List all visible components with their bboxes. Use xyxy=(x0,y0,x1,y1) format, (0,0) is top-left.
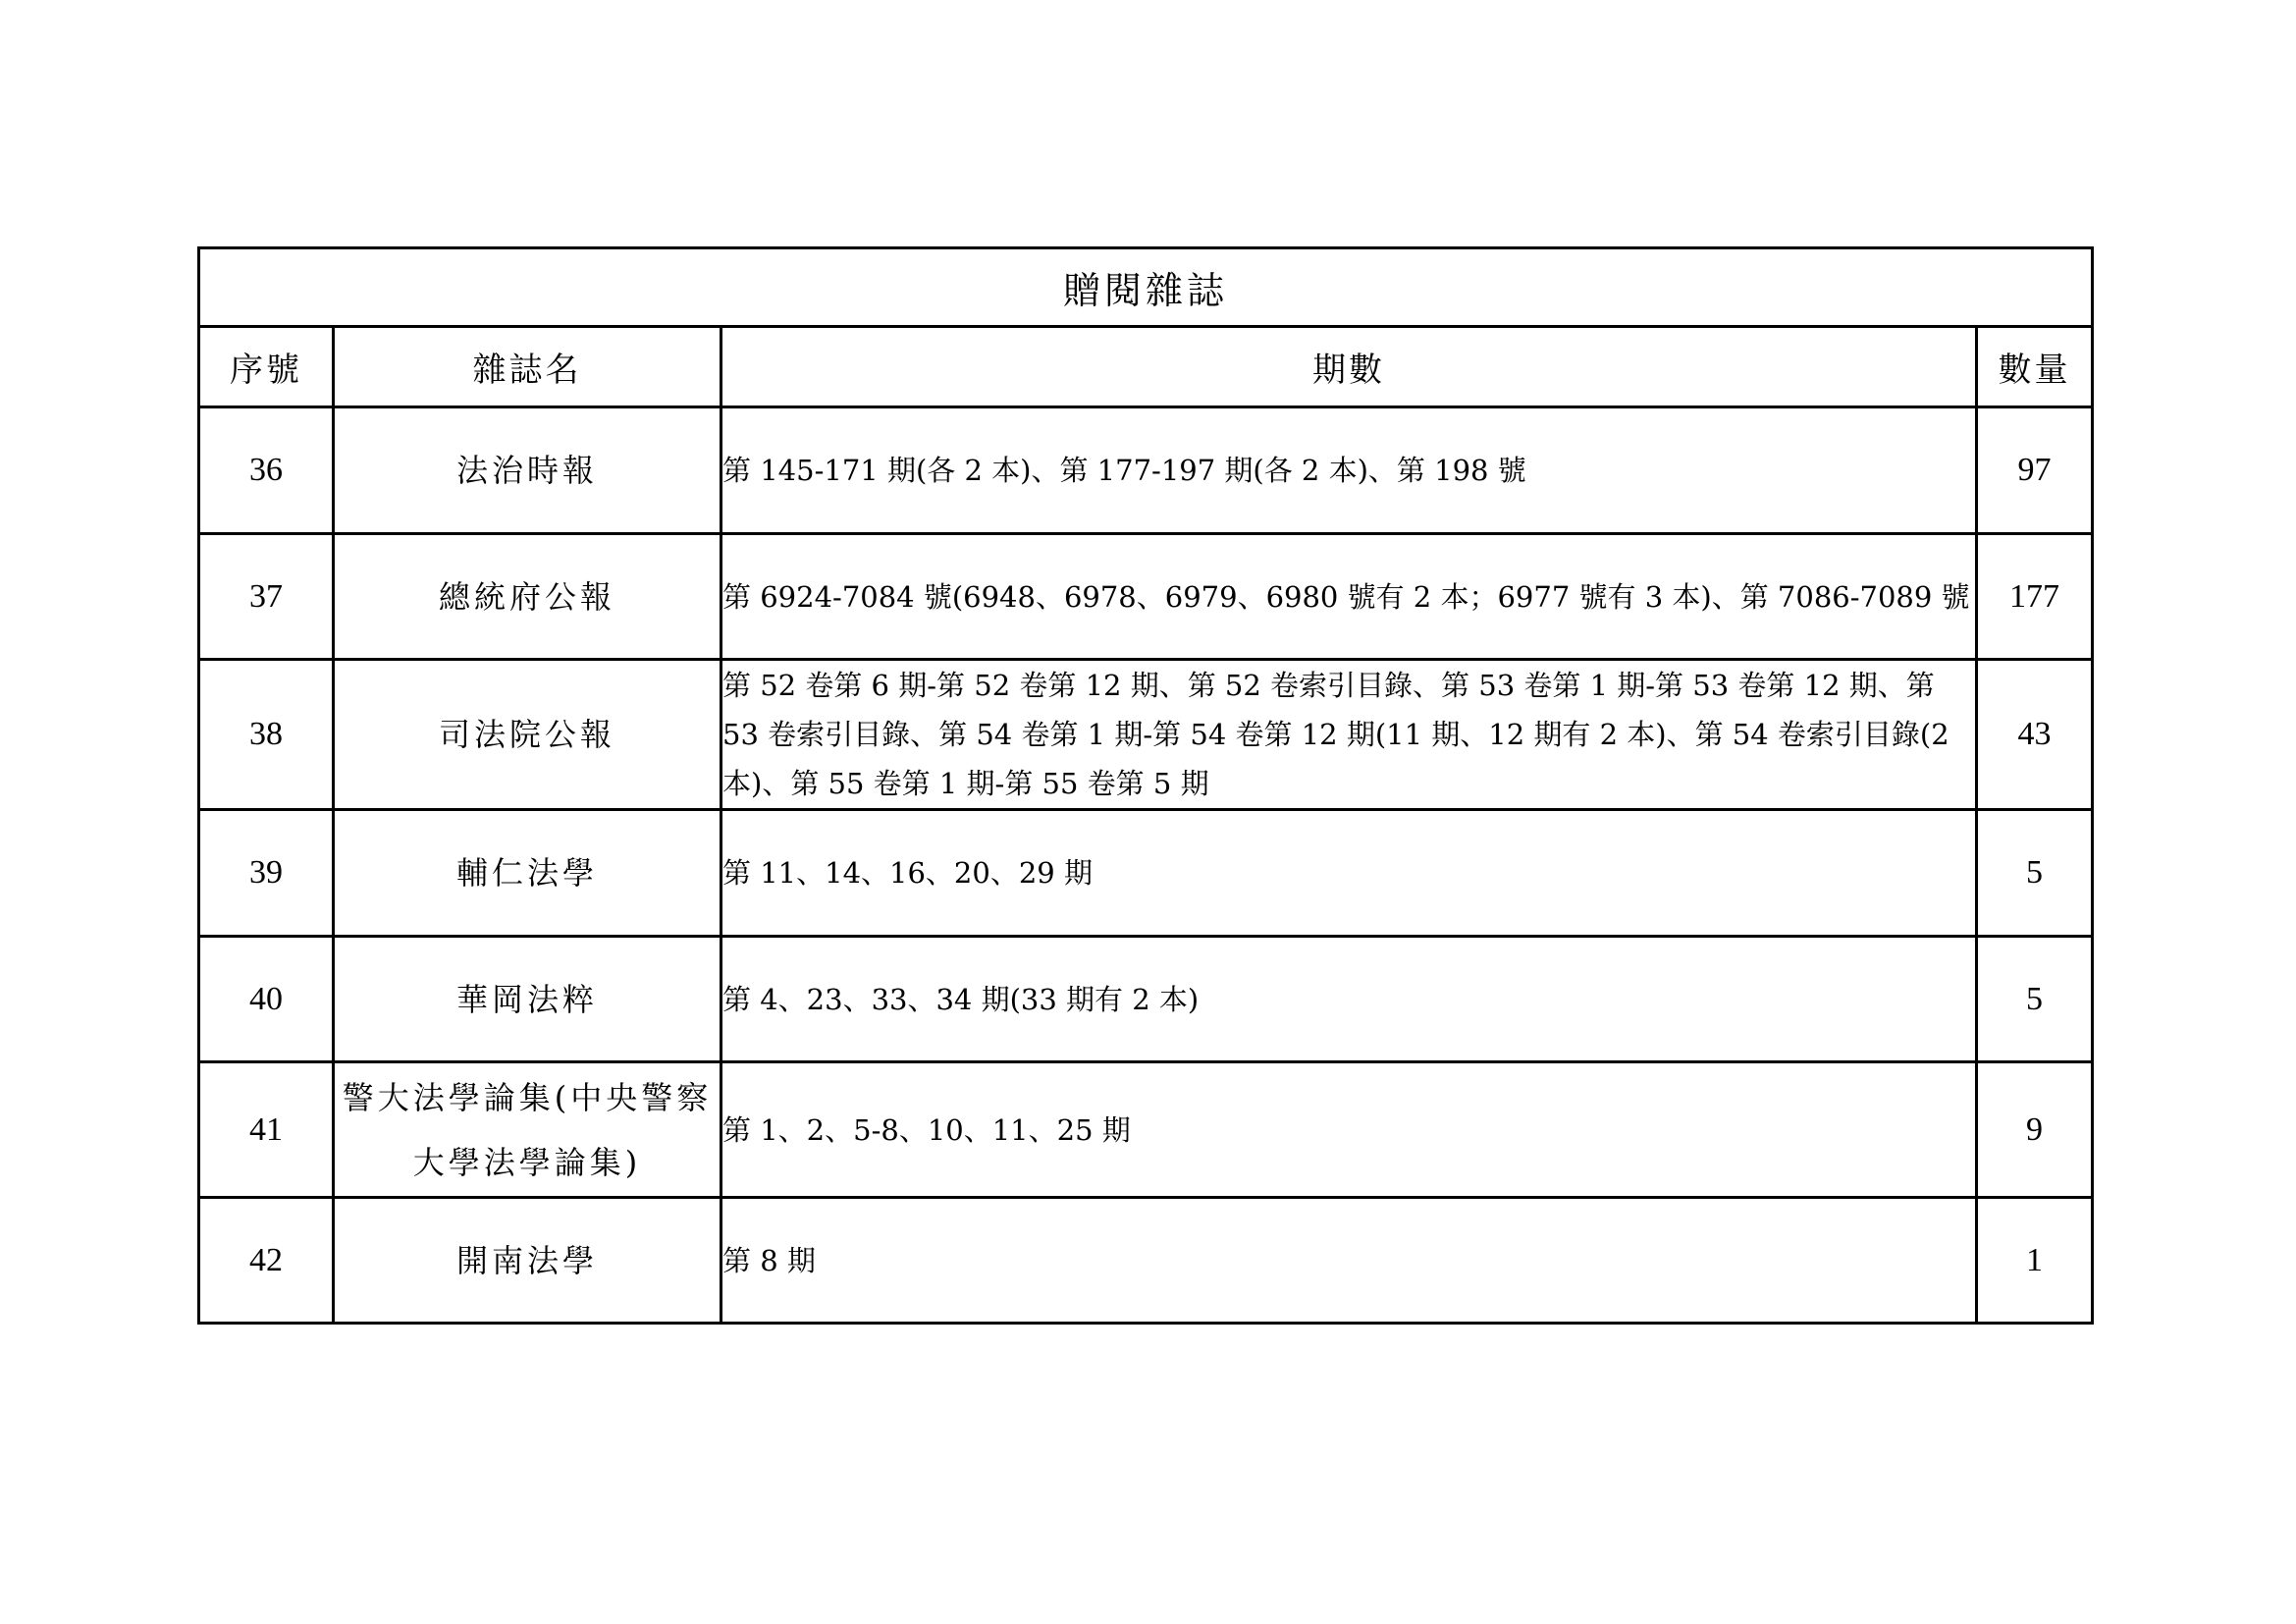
magazine-name-cell: 司法院公報 xyxy=(334,660,721,810)
seq-cell: 40 xyxy=(199,937,334,1062)
magazine-name-cell: 輔仁法學 xyxy=(334,810,721,937)
seq-cell: 38 xyxy=(199,660,334,810)
quantity-cell: 5 xyxy=(1977,937,2093,1062)
gift-magazines-table: 贈閱雜誌 序號 雜誌名 期數 數量 36 法治時報 第 145-171 期(各 … xyxy=(197,246,2094,1325)
header-name: 雜誌名 xyxy=(334,327,721,407)
quantity-cell: 1 xyxy=(1977,1198,2093,1324)
table-row: 39 輔仁法學 第 11、14、16、20、29 期 5 xyxy=(199,810,2093,937)
table-title: 贈閱雜誌 xyxy=(199,248,2093,327)
magazine-name-cell: 警大法學論集(中央警察大學法學論集) xyxy=(334,1062,721,1198)
table-header-row: 序號 雜誌名 期數 數量 xyxy=(199,327,2093,407)
table-row: 37 總統府公報 第 6924-7084 號(6948、6978、6979、69… xyxy=(199,534,2093,660)
magazine-name-cell: 華岡法粹 xyxy=(334,937,721,1062)
quantity-cell: 177 xyxy=(1977,534,2093,660)
magazine-name-cell: 總統府公報 xyxy=(334,534,721,660)
issues-cell: 第 11、14、16、20、29 期 xyxy=(721,810,1977,937)
seq-cell: 37 xyxy=(199,534,334,660)
issues-cell: 第 1、2、5-8、10、11、25 期 xyxy=(721,1062,1977,1198)
header-quantity: 數量 xyxy=(1977,327,2093,407)
seq-cell: 39 xyxy=(199,810,334,937)
seq-cell: 36 xyxy=(199,407,334,534)
issues-cell: 第 145-171 期(各 2 本)、第 177-197 期(各 2 本)、第 … xyxy=(721,407,1977,534)
table-row: 42 開南法學 第 8 期 1 xyxy=(199,1198,2093,1324)
quantity-cell: 9 xyxy=(1977,1062,2093,1198)
header-seq: 序號 xyxy=(199,327,334,407)
table-title-row: 贈閱雜誌 xyxy=(199,248,2093,327)
quantity-cell: 5 xyxy=(1977,810,2093,937)
issues-cell: 第 8 期 xyxy=(721,1198,1977,1324)
quantity-cell: 97 xyxy=(1977,407,2093,534)
issues-cell: 第 6924-7084 號(6948、6978、6979、6980 號有 2 本… xyxy=(721,534,1977,660)
table-row: 38 司法院公報 第 52 卷第 6 期-第 52 卷第 12 期、第 52 卷… xyxy=(199,660,2093,810)
seq-cell: 41 xyxy=(199,1062,334,1198)
table-row: 41 警大法學論集(中央警察大學法學論集) 第 1、2、5-8、10、11、25… xyxy=(199,1062,2093,1198)
issues-cell: 第 4、23、33、34 期(33 期有 2 本) xyxy=(721,937,1977,1062)
issues-cell: 第 52 卷第 6 期-第 52 卷第 12 期、第 52 卷索引目錄、第 53… xyxy=(721,660,1977,810)
seq-cell: 42 xyxy=(199,1198,334,1324)
table-row: 40 華岡法粹 第 4、23、33、34 期(33 期有 2 本) 5 xyxy=(199,937,2093,1062)
header-issues: 期數 xyxy=(721,327,1977,407)
document-page: 贈閱雜誌 序號 雜誌名 期數 數量 36 法治時報 第 145-171 期(各 … xyxy=(197,246,2091,1325)
table-row: 36 法治時報 第 145-171 期(各 2 本)、第 177-197 期(各… xyxy=(199,407,2093,534)
quantity-cell: 43 xyxy=(1977,660,2093,810)
magazine-name-cell: 法治時報 xyxy=(334,407,721,534)
magazine-name-cell: 開南法學 xyxy=(334,1198,721,1324)
